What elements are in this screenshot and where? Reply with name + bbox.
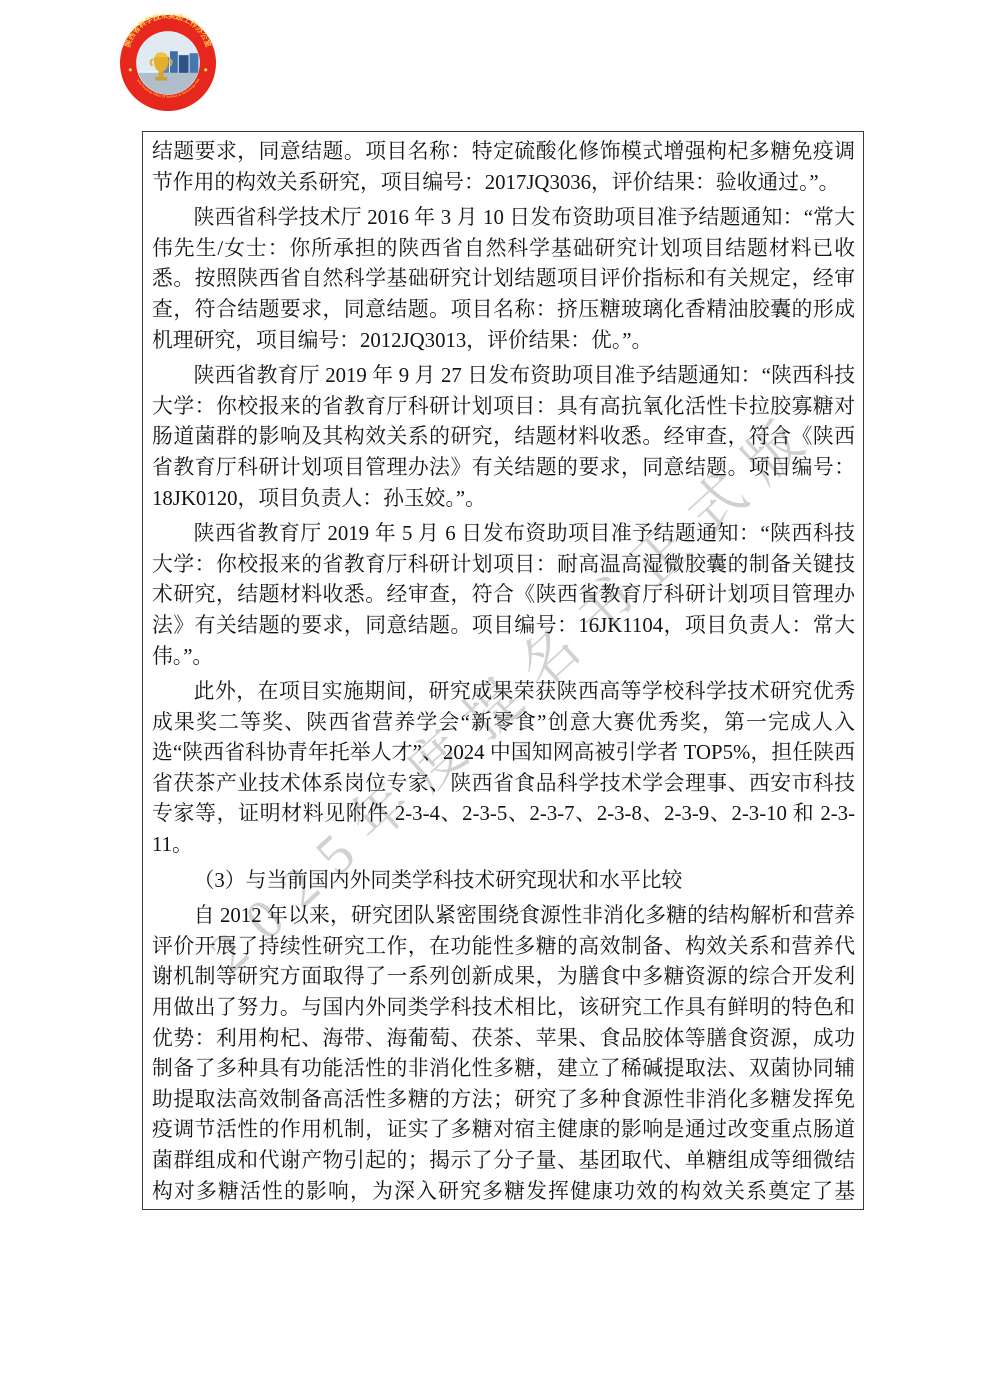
page: { "logo": { "top_text": "陕西省科学技术奖励工作办公室"… (0, 0, 990, 1399)
document-table-cell: 结题要求，同意结题。项目名称：特定硫酸化修饰模式增强枸杞多糖免疫调节作用的构效关… (142, 131, 864, 1210)
paragraph: （3）与当前国内外同类学科技术研究现状和水平比较 (152, 866, 855, 897)
seal-icon: 陕西省科学技术奖励工作办公室 Shaanxi Province Office O… (119, 14, 217, 112)
award-office-seal-logo: 陕西省科学技术奖励工作办公室 Shaanxi Province Office O… (119, 14, 217, 112)
seal-left-dot (129, 68, 132, 71)
paragraph: 陕西省教育厅 2019 年 5 月 6 日发布资助项目准予结题通知：“陕西科技大… (152, 519, 855, 672)
paragraph: 此外，在项目实施期间，研究成果荣获陕西高等学校科学技术研究优秀成果奖二等奖、陕西… (152, 677, 855, 861)
paragraph: 自 2012 年以来，研究团队紧密围绕食源性非消化多糖的结构解析和营养评价开展了… (152, 901, 855, 1210)
document-body: 结题要求，同意结题。项目名称：特定硫酸化修饰模式增强枸杞多糖免疫调节作用的构效关… (152, 137, 855, 1210)
paragraph: 陕西省教育厅 2019 年 9 月 27 日发布资助项目准予结题通知：“陕西科技… (152, 361, 855, 514)
paragraph: 陕西省科学技术厅 2016 年 3 月 10 日发布资助项目准予结题通知：“常大… (152, 203, 855, 356)
paragraph: 结题要求，同意结题。项目名称：特定硫酸化修饰模式增强枸杞多糖免疫调节作用的构效关… (152, 137, 855, 198)
seal-right-dot (204, 68, 207, 71)
